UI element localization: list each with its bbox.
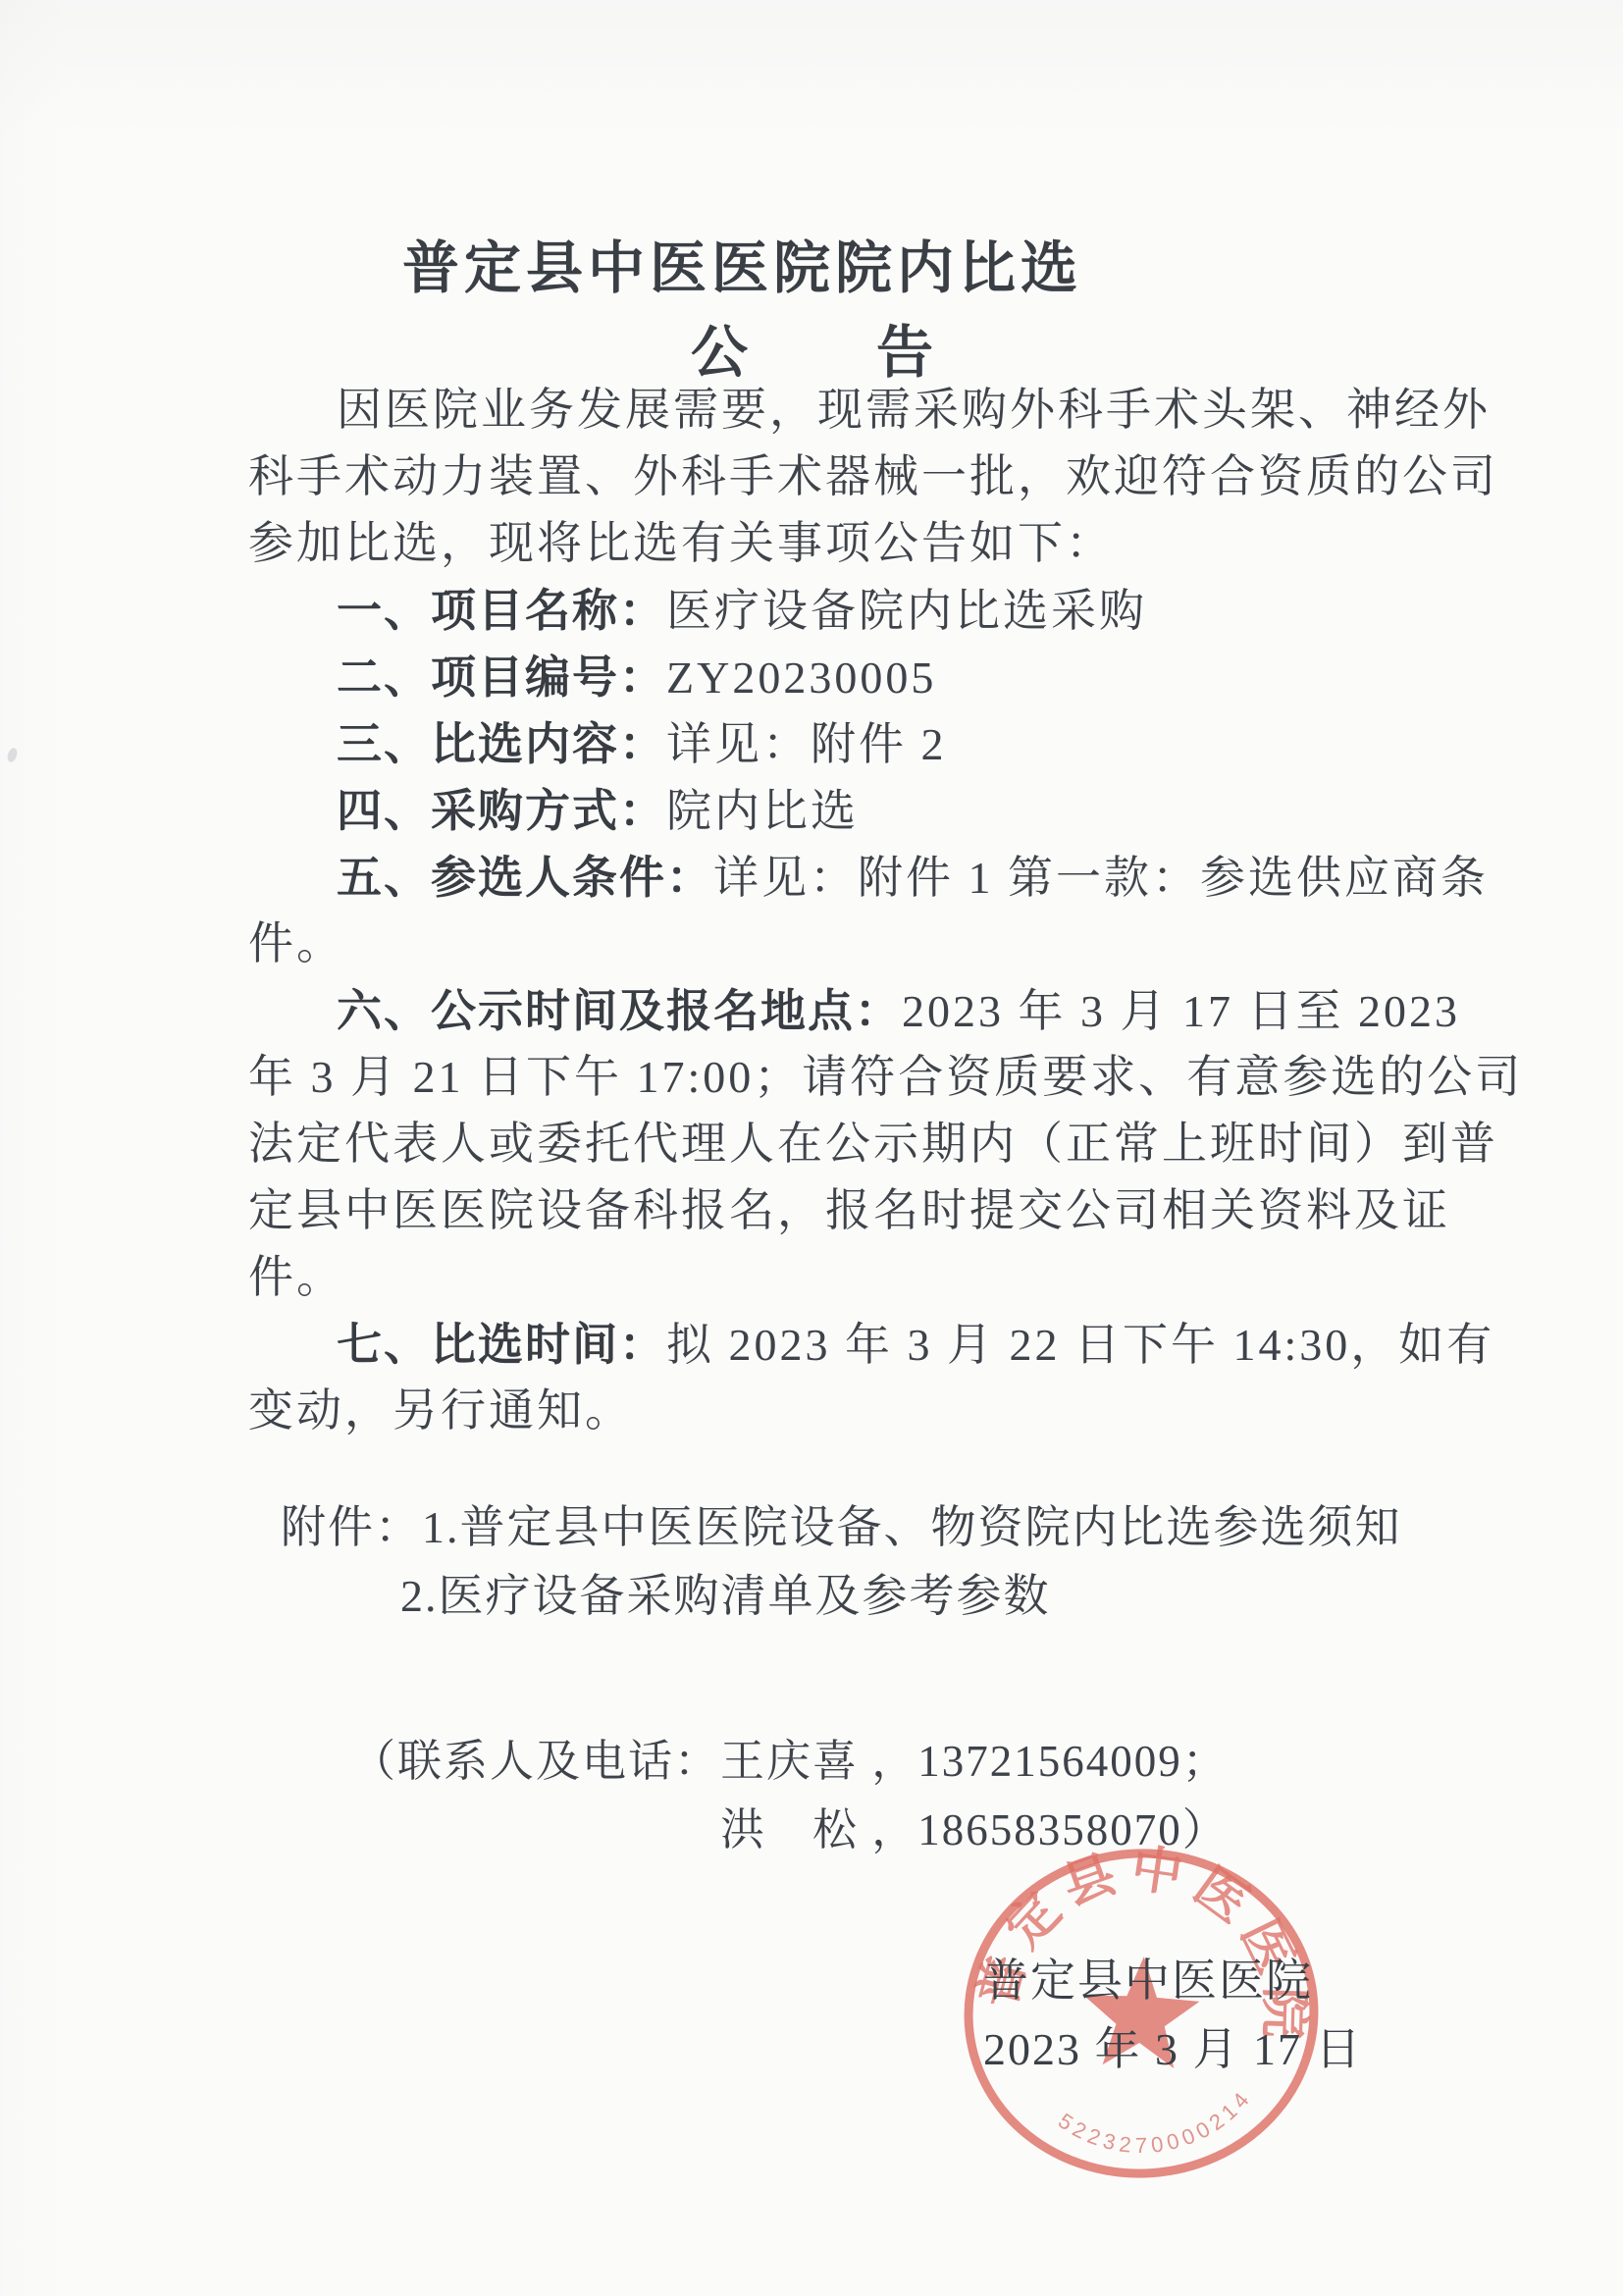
contact-line-1: （联系人及电话：王庆喜 ，13721564009； <box>351 1727 1229 1796</box>
body-line-label: 四、采购方式： <box>337 785 666 836</box>
body-line: 一、项目名称：医疗设备院内比选采购 <box>248 577 1524 644</box>
body-line: 三、比选内容：详见：附件 2 <box>248 710 1524 777</box>
body-line: 四、采购方式：院内比选 <box>248 777 1524 844</box>
body-line: 二、项目编号：ZY20230005 <box>248 644 1524 710</box>
body-line-text: 拟 2023 年 3 月 22 日下午 14:30，如有 <box>666 1320 1494 1370</box>
body-line-label: 六、公示时间及报名地点： <box>337 985 902 1036</box>
body-line-text: 参加比选，现将比选有关事项公告如下： <box>248 518 1114 568</box>
body-line-text: 变动，另行通知。 <box>248 1385 633 1435</box>
body-line: 五、参选人条件：详见：附件 1 第一款：参选供应商条 <box>248 844 1524 911</box>
attachments-label: 附件： <box>281 1502 422 1552</box>
body-line-text: 件。 <box>248 918 344 968</box>
body-line-text: 因医院业务发展需要，现需采购外科手术头架、神经外 <box>337 385 1491 435</box>
signature-org: 普定县中医医院 <box>983 1947 1363 2015</box>
body-line-label: 二、项目编号： <box>337 652 666 703</box>
attachment-item-1: 1.普定县中医医院设备、物资院内比选参选须知 <box>422 1502 1402 1552</box>
body-line: 年 3 月 21 日下午 17:00；请符合资质要求、有意参选的公司 <box>248 1044 1524 1111</box>
body-line-text: 科手术动力装置、外科手术器械一批，欢迎符合资质的公司 <box>248 451 1498 501</box>
signature-date: 2023 年 3 月 17 日 <box>983 2015 1363 2084</box>
signature-block: 普定县中医医院 2023 年 3 月 17 日 <box>983 1947 1363 2084</box>
body-line: 件。 <box>248 911 1524 977</box>
body-line: 参加比选，现将比选有关事项公告如下： <box>248 510 1524 577</box>
body-line-text: 详见：附件 1 第一款：参选供应商条 <box>713 853 1489 903</box>
attachment-line-2: 2.医疗设备采购清单及参考参数 <box>281 1562 1402 1631</box>
scan-speck <box>6 747 19 763</box>
body-line-text: 详见：附件 2 <box>666 719 947 769</box>
body-line-text: 2023 年 3 月 17 日至 2023 <box>902 986 1460 1036</box>
body-line: 七、比选时间：拟 2023 年 3 月 22 日下午 14:30，如有 <box>248 1311 1524 1378</box>
body-line-text: 件。 <box>248 1252 344 1302</box>
attachments-block: 附件：1.普定县中医医院设备、物资院内比选参选须知 2.医疗设备采购清单及参考参… <box>281 1493 1402 1631</box>
body-line-label: 三、比选内容： <box>337 718 666 769</box>
body-line-text: 医疗设备院内比选采购 <box>666 586 1147 636</box>
body-line: 六、公示时间及报名地点：2023 年 3 月 17 日至 2023 <box>248 977 1524 1044</box>
body-line-text: ZY20230005 <box>666 652 936 703</box>
body-line: 定县中医医院设备科报名，报名时提交公司相关资料及证 <box>248 1177 1524 1244</box>
body-line-label: 五、参选人条件： <box>337 852 713 903</box>
attachment-line-1: 附件：1.普定县中医医院设备、物资院内比选参选须知 <box>281 1493 1402 1562</box>
body-line-text: 院内比选 <box>666 786 859 836</box>
document-page: 普定县中医医院院内比选 公 告 因医院业务发展需要，现需采购外科手术头架、神经外… <box>0 0 1623 2296</box>
page-title: 普定县中医医院院内比选 <box>402 222 1082 304</box>
body-line-text: 定县中医医院设备科报名，报名时提交公司相关资料及证 <box>248 1185 1450 1235</box>
body-line: 因医院业务发展需要，现需采购外科手术头架、神经外 <box>248 377 1524 444</box>
attachment-item-2: 2.医疗设备采购清单及参考参数 <box>400 1571 1051 1621</box>
body-line: 科手术动力装置、外科手术器械一批，欢迎符合资质的公司 <box>248 444 1524 510</box>
body-line-label: 七、比选时间： <box>337 1319 666 1370</box>
body-line-text: 年 3 月 21 日下午 17:00；请符合资质要求、有意参选的公司 <box>248 1052 1523 1102</box>
body-line: 件。 <box>248 1244 1524 1311</box>
body-line-label: 一、项目名称： <box>337 585 666 636</box>
body-lines: 因医院业务发展需要，现需采购外科手术头架、神经外科手术动力装置、外科手术器械一批… <box>248 377 1524 1444</box>
body-line-text: 法定代表人或委托代理人在公示期内（正常上班时间）到普 <box>248 1119 1498 1169</box>
body-line: 法定代表人或委托代理人在公示期内（正常上班时间）到普 <box>248 1111 1524 1177</box>
body-line: 变动，另行通知。 <box>248 1378 1524 1444</box>
